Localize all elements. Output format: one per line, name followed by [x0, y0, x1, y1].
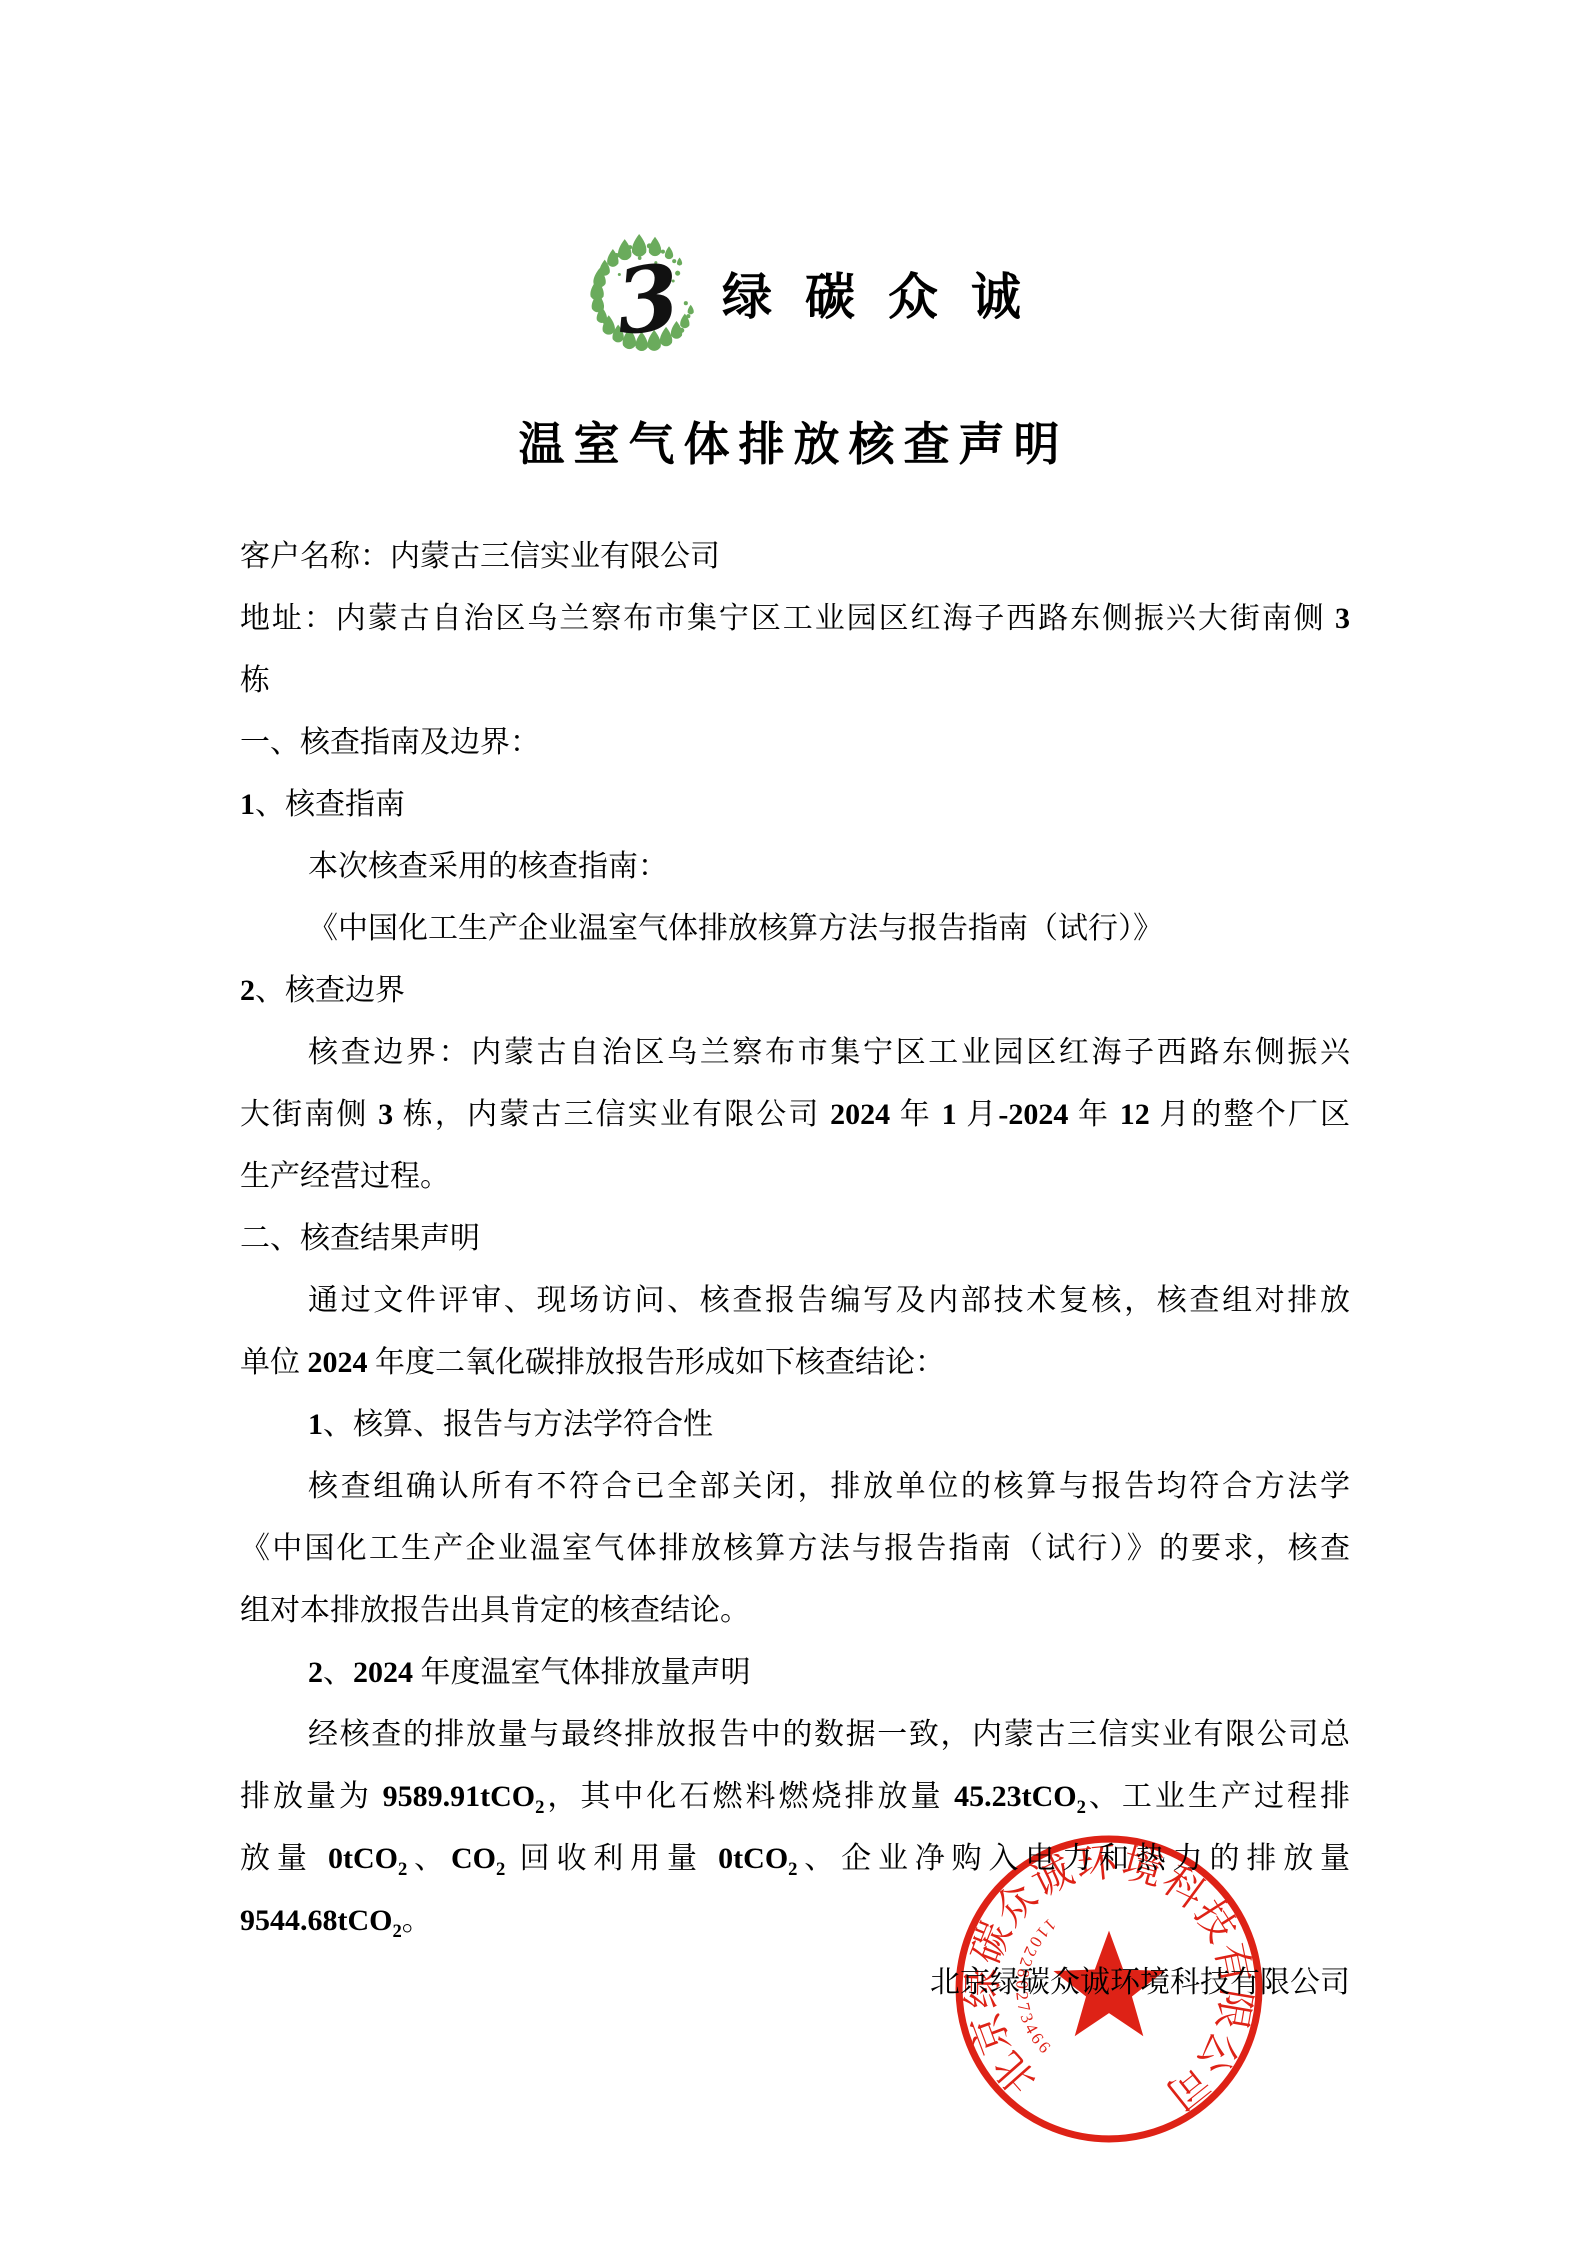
text-line: 本次核查采用的核查指南： [240, 836, 1350, 898]
text-line: 生产经营过程。 [240, 1146, 1350, 1208]
page-title: 温室气体排放核查声明 [519, 408, 1069, 474]
text-line: 栋 [240, 650, 1350, 712]
text-line: 核查组确认所有不符合已全部关闭，排放单位的核算与报告均符合方法学 [240, 1456, 1350, 1518]
text-line: 2、核查边界 [240, 960, 1350, 1022]
text-line: 客户名称：内蒙古三信实业有限公司 [240, 526, 1350, 588]
document-body: 客户名称：内蒙古三信实业有限公司地址：内蒙古自治区乌兰察布市集宁区工业园区红海子… [240, 526, 1350, 2014]
text-line: 核查边界：内蒙古自治区乌兰察布市集宁区工业园区红海子西路东侧振兴 [240, 1022, 1350, 1084]
text-line: 一、核查指南及边界： [240, 712, 1350, 774]
text-line: 经核查的排放量与最终排放报告中的数据一致，内蒙古三信实业有限公司总 [240, 1704, 1350, 1766]
text-line: 大街南侧 3 栋，内蒙古三信实业有限公司 2024 年 1 月-2024 年 1… [240, 1084, 1350, 1146]
company-logo-icon: 3 [576, 226, 714, 366]
text-line: 《中国化工生产企业温室气体排放核算方法与报告指南（试行）》 [240, 898, 1350, 960]
text-line: 放量 0tCO2、CO2 回收利用量 0tCO2、企业净购入电力和热力的排放量 [240, 1828, 1350, 1890]
text-line: 北京绿碳众诚环境科技有限公司 [240, 1952, 1350, 2014]
text-line: 1、核算、报告与方法学符合性 [240, 1394, 1350, 1456]
text-line: 2、2024 年度温室气体排放量声明 [240, 1642, 1350, 1704]
text-line: 地址：内蒙古自治区乌兰察布市集宁区工业园区红海子西路东侧振兴大街南侧 3 [240, 588, 1350, 650]
verification-statement-page: 3 绿碳众诚 温室气体排放核查声明 北京绿碳众诚环境科技有限公司 1102280… [0, 0, 1587, 2245]
text-line: 通过文件评审、现场访问、核查报告编写及内部技术复核，核查组对排放 [240, 1270, 1350, 1332]
text-line: 二、核查结果声明 [240, 1208, 1350, 1270]
text-line: 排放量为 9589.91tCO2，其中化石燃料燃烧排放量 45.23tCO2、工… [240, 1766, 1350, 1828]
logo-glyph: 3 [611, 245, 684, 356]
text-line: 单位 2024 年度二氧化碳排放报告形成如下核查结论： [240, 1332, 1350, 1394]
text-line: 9544.68tCO2。 [240, 1890, 1350, 1952]
text-line: 组对本排放报告出具肯定的核查结论。 [240, 1580, 1350, 1642]
text-line: 1、核查指南 [240, 774, 1350, 836]
company-wordmark: 绿碳众诚 [722, 262, 1054, 332]
text-line: 《中国化工生产企业温室气体排放核算方法与报告指南（试行）》的要求，核查 [240, 1518, 1350, 1580]
